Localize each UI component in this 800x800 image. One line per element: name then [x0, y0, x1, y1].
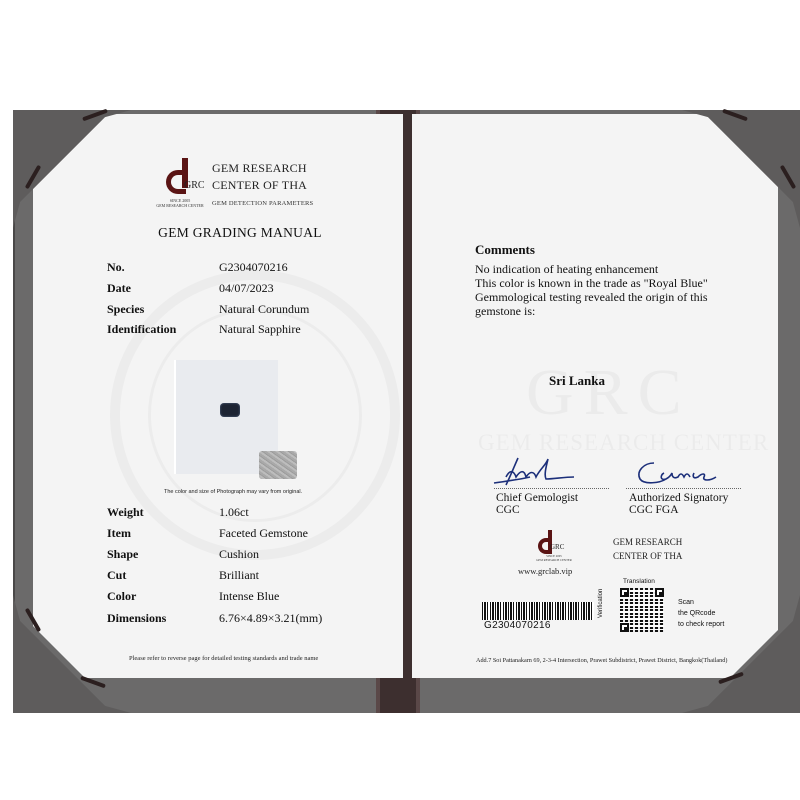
qr-label-translation: Translation	[623, 578, 655, 585]
field-row-shape: Shape Cushion	[107, 547, 367, 567]
field-row-identification: Identification Natural Sapphire	[107, 322, 367, 342]
field-label: Species	[107, 302, 144, 317]
grc-logo: GRC SINCE 2005 GEM RESEARCH CENTER	[152, 158, 208, 213]
qr-code[interactable]	[620, 588, 664, 632]
signatory-credential: CGC FGA	[629, 504, 728, 516]
document-title: GEM GRADING MANUAL	[120, 225, 360, 241]
field-value: Brilliant	[219, 568, 259, 583]
field-label: No.	[107, 260, 125, 275]
field-row-dimensions: Dimensions 6.76×4.89×3.21(mm)	[107, 611, 367, 631]
watermark-grc: GRC	[526, 355, 692, 431]
field-value: Natural Corundum	[219, 302, 309, 317]
signature-line	[626, 488, 741, 489]
qr-label-verification: Verification	[598, 589, 604, 618]
field-label: Date	[107, 281, 131, 296]
photo-disclaimer: The color and size of Photograph may var…	[164, 489, 302, 495]
comments-heading: Comments	[475, 242, 535, 258]
signatory-block: Chief Gemologist CGC	[496, 492, 578, 516]
grc-logo-icon: GRC	[550, 543, 564, 551]
org-name-right: GEM RESEARCH CENTER OF THA	[613, 535, 682, 563]
comment-line: This color is known in the trade as "Roy…	[475, 276, 708, 290]
field-value: G2304070216	[219, 260, 288, 275]
field-row-color: Color Intense Blue	[107, 589, 367, 609]
field-value: Natural Sapphire	[219, 322, 301, 337]
field-label: Color	[107, 589, 136, 604]
signatory-credential: CGC	[496, 504, 578, 516]
signatory-title: Chief Gemologist	[496, 492, 578, 504]
reverse-page-note: Please refer to reverse page for detaile…	[129, 655, 318, 662]
field-row-item: Item Faceted Gemstone	[107, 526, 367, 546]
barcode-number: G2304070216	[484, 620, 551, 631]
watermark-subtitle: GEM RESEARCH CENTER	[478, 430, 769, 456]
lab-address: Add.7 Soi Pattanakarn 69, 2-3-4 Intersec…	[476, 657, 727, 664]
field-label: Item	[107, 526, 131, 541]
field-value: 1.06ct	[219, 505, 249, 520]
comment-line: No indication of heating enhancement	[475, 262, 658, 276]
field-row-weight: Weight 1.06ct	[107, 505, 367, 525]
field-label: Identification	[107, 322, 176, 337]
field-value: 04/07/2023	[219, 281, 274, 296]
org-subtitle: GEM DETECTION PARAMETERS	[212, 200, 313, 207]
sapphire-gem-image	[220, 403, 240, 417]
comment-line: Gemmological testing revealed the origin…	[475, 290, 708, 304]
signatory-block: Authorized Signatory CGC FGA	[629, 492, 728, 516]
logo-tagline: GEM RESEARCH CENTER	[152, 203, 208, 208]
signature-line	[494, 488, 609, 489]
barcode	[482, 602, 594, 620]
grc-logo-icon: GRC	[162, 158, 198, 196]
field-row-number: No. G2304070216	[107, 260, 367, 280]
origin-value: Sri Lanka	[477, 373, 677, 389]
field-row-cut: Cut Brilliant	[107, 568, 367, 588]
comment-line: gemstone is:	[475, 304, 535, 318]
field-value: 6.76×4.89×3.21(mm)	[219, 611, 322, 626]
chief-gemologist-signature	[488, 455, 578, 489]
field-label: Cut	[107, 568, 126, 583]
field-label: Shape	[107, 547, 138, 562]
field-label: Dimensions	[107, 611, 166, 626]
field-label: Weight	[107, 505, 144, 520]
field-value: Cushion	[219, 547, 259, 562]
field-row-species: Species Natural Corundum	[107, 302, 367, 322]
field-row-date: Date 04/07/2023	[107, 281, 367, 301]
hologram-sticker	[259, 451, 297, 479]
field-value: Intense Blue	[219, 589, 279, 604]
org-name: GEM RESEARCH CENTER OF THA	[212, 160, 307, 194]
field-value: Faceted Gemstone	[219, 526, 308, 541]
signatory-title: Authorized Signatory	[629, 492, 728, 504]
qr-instructions: Scan the QRcode to check report	[678, 597, 724, 630]
authorized-signatory-signature	[630, 455, 720, 489]
website-link[interactable]: www.grclab.vip	[518, 566, 572, 576]
